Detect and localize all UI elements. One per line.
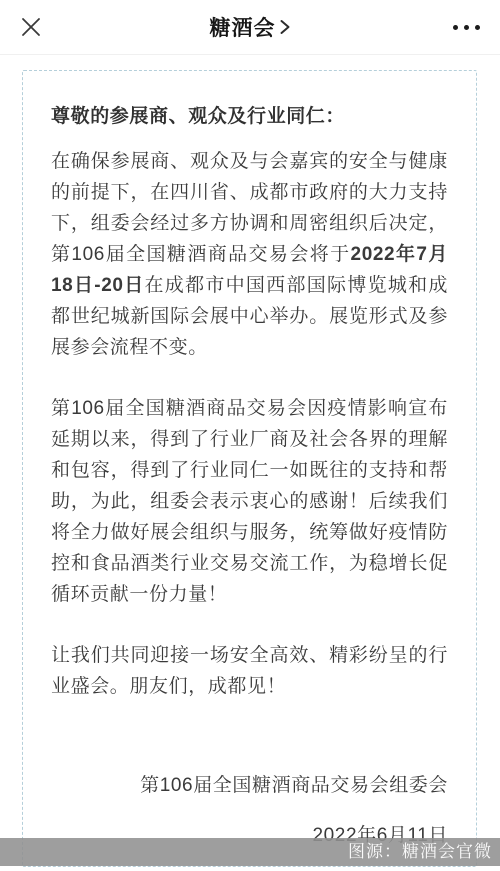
close-button[interactable] [20, 16, 42, 38]
close-icon [20, 16, 42, 38]
salutation: 尊敬的参展商、观众及行业同仁： [51, 101, 448, 132]
signature: 第106届全国糖酒商品交易会组委会 [51, 770, 448, 801]
page-title: 糖酒会 [210, 12, 276, 42]
chevron-right-icon [280, 18, 291, 36]
notice-paragraph-2: 第106届全国糖酒商品交易会因疫情影响宣布延期以来，得到了行业厂商及社会各界的理… [51, 393, 448, 610]
more-icon [453, 25, 480, 30]
app-bar: 糖酒会 [0, 0, 500, 55]
notice-paragraph-1: 在确保参展商、观众及与会嘉宾的安全与健康的前提下，在四川省、成都市政府的大力支持… [51, 146, 448, 363]
notice-letter: 尊敬的参展商、观众及行业同仁： 在确保参展商、观众及与会嘉宾的安全与健康的前提下… [22, 70, 477, 867]
more-button[interactable] [453, 25, 480, 30]
notice-paragraph-3: 让我们共同迎接一场安全高效、精彩纷呈的行业盛会。朋友们，成都见！ [51, 640, 448, 702]
account-title-link[interactable]: 糖酒会 [210, 12, 291, 42]
image-source-caption: 图源：糖酒会官微 [0, 838, 500, 866]
article-screen: 糖酒会 尊敬的参展商、观众及行业同仁： 在确保参展商、观众及与会嘉宾的安全与健康… [0, 0, 500, 871]
